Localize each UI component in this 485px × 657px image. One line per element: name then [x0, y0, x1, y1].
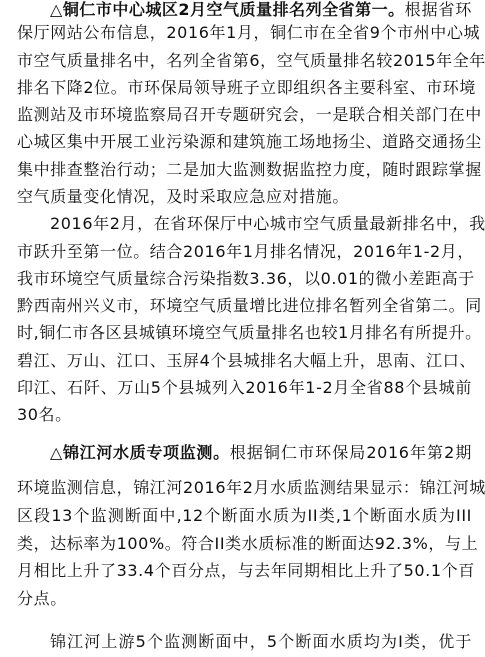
paragraph-2-line: 黔西南州兴义市，环境空气质量增比进位排名暂列全省第二。同	[17, 296, 472, 316]
paragraph-4-line: 锦江河上游5个监测断面中，5个断面水质均为I类，优于	[50, 632, 472, 652]
paragraph-3-line: 区段13个监测断面中,12个断面水质为II类,1个断面水质为III	[17, 506, 472, 526]
paragraph-1-line: 市空气质量排名中，名列全省第6，空气质量排名较2015年全年	[17, 51, 472, 71]
paragraph-3-line: 分点。	[17, 589, 472, 609]
paragraph-1-line: 心城区集中开展工业污染源和建筑施工场地扬尘、道路交通扬尘	[17, 132, 472, 152]
paragraph-2-line: 印江、石阡、万山5个县城列入2016年1-2月全省88个县城前	[17, 378, 472, 398]
paragraph-3-line-1: △锦江河水质专项监测。根据铜仁市环保局2016年第2期	[50, 443, 472, 463]
section-heading-river-water: △锦江河水质专项监测。	[50, 443, 230, 462]
paragraph-2-line: 时,铜仁市各区县城镇环境空气质量排名也较1月排名有所提升。	[17, 323, 472, 343]
paragraph-2-line: 碧江、万山、江口、玉屏4个县城排名大幅上升，思南、江口、	[17, 351, 472, 371]
paragraph-1-line: 保厅网站公布信息，2016年1月，铜仁市在全省9个市州中心城	[17, 23, 472, 43]
paragraph-1-line: 集中排查整治行动；二是加大监测数据监控力度，随时跟踪掌握	[17, 160, 472, 180]
paragraph-3-line: 月相比上升了33.4个百分点，与去年同期相比上升了50.1个百	[17, 561, 472, 581]
paragraph-3-line: 环境监测信息，锦江河2016年2月水质监测结果显示：锦江河城	[17, 478, 472, 498]
paragraph-1-line-1: △铜仁市中心城区2月空气质量排名列全省第一。根据省环	[50, 0, 472, 20]
paragraph-2-line: 2016年2月，在省环保厅中心城市空气质量最新排名中，我	[50, 214, 472, 234]
paragraph-1-line: 排名下降2位。市环保局领导班子立即组织各主要科室、市环境	[17, 78, 472, 98]
paragraph-1-line: 监测站及市环境监察局召开专题研究会，一是联合相关部门在中	[17, 105, 472, 125]
paragraph-3-line: 类，达标率为100%。符合II类水质标准的断面达92.3%，与上	[17, 534, 472, 554]
paragraph-1-line: 空气质量变化情况，及时采取应急应对措施。	[17, 187, 472, 207]
section-heading-air-quality: △铜仁市中心城区2月空气质量排名列全省第一。	[50, 0, 405, 19]
paragraph-2-line: 30名。	[17, 405, 472, 425]
paragraph-2-line: 市跃升至第一位。结合2016年1月排名情况，2016年1-2月，	[17, 242, 472, 262]
paragraph-2-line: 我市环境空气质量综合污染指数3.36，以0.01的微小差距高于	[17, 269, 472, 289]
